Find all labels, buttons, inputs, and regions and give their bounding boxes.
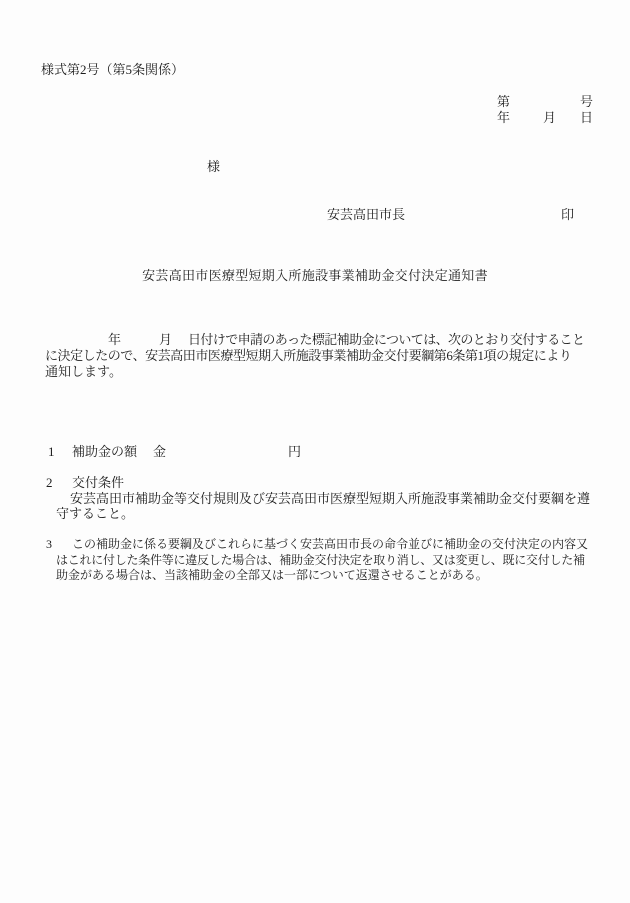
body-line2: に決定したので、安芸高田市医療型短期入所施設事業補助金交付要綱第6条第1項の規定… — [45, 349, 571, 362]
item2-number: 2 — [46, 476, 53, 489]
body-line1: 日付けで申請のあった標記補助金については、次のとおり交付すること — [188, 333, 584, 346]
item3-number: 3 — [46, 538, 52, 550]
date-year-label: 年 — [497, 111, 510, 124]
seal-mark: 印 — [561, 208, 574, 221]
addressee-honorific: 様 — [207, 160, 220, 173]
form-label: 様式第2号（第5条関係） — [41, 63, 184, 76]
item2-line1: 安芸高田市補助金等交付規則及び安芸高田市医療型短期入所施設事業補助金交付要綱を遵 — [70, 492, 590, 505]
item1-amount-suffix: 円 — [288, 445, 301, 458]
item2-heading: 交付条件 — [72, 476, 124, 489]
body-date-month: 月 — [159, 333, 172, 346]
item1-label: 補助金の額 — [72, 445, 137, 458]
body-line3: 通知します。 — [45, 365, 122, 378]
item3-line3: 助金がある場合は、当該補助金の全部又は一部について返還させることがある。 — [56, 569, 488, 581]
date-day-label: 日 — [580, 111, 593, 124]
ref-number-suffix: 号 — [580, 95, 593, 108]
body-date-year: 年 — [108, 333, 121, 346]
document-title: 安芸高田市医療型短期入所施設事業補助金交付決定通知書 — [0, 269, 630, 282]
item2-line2: 守すること。 — [56, 507, 134, 520]
ref-number-prefix: 第 — [497, 95, 510, 108]
item1-amount-prefix: 金 — [153, 445, 166, 458]
document-page: 様式第2号（第5条関係） 第 号 年 月 日 様 安芸高田市長 印 安芸高田市医… — [0, 0, 630, 903]
sender-title: 安芸高田市長 — [327, 208, 405, 221]
item3-line1: この補助金に係る要綱及びこれらに基づく安芸高田市長の命令並びに補助金の交付決定の… — [72, 538, 588, 550]
item1-number: 1 — [48, 445, 55, 458]
item3-line2: はこれに付した条件等に違反した場合は、補助金交付決定を取り消し、又は変更し、既に… — [56, 554, 585, 566]
date-month-label: 月 — [543, 111, 556, 124]
